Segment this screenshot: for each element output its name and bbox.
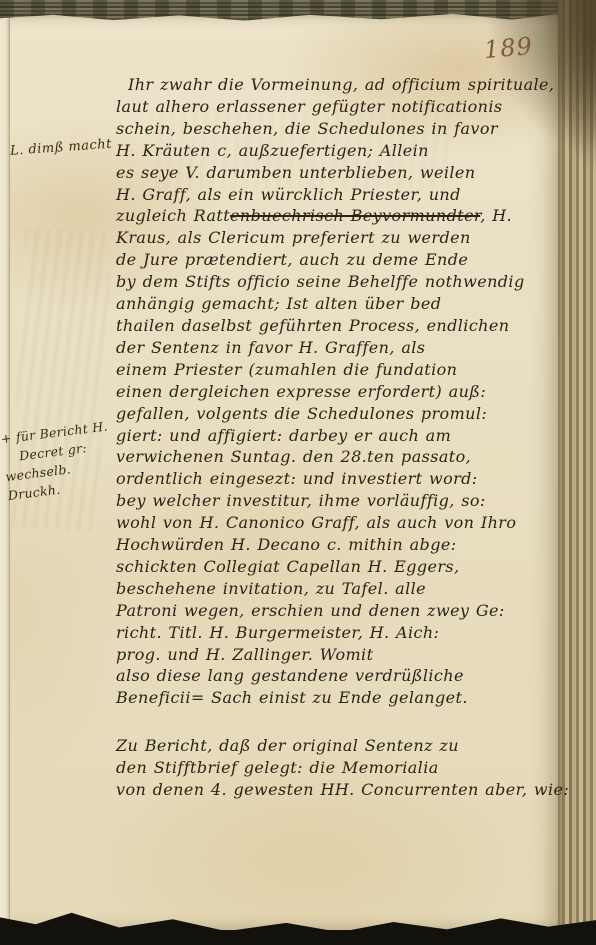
- struck-text: enbuechrisch Beyvormundter: [230, 206, 480, 225]
- manuscript-scan: 189 L. dimß macht + für Bericht H. Decre…: [0, 0, 596, 945]
- manuscript-line: bey welcher investitur, ihme vorläuffig,…: [116, 490, 558, 512]
- manuscript-line: Beneficii= Sach einist zu Ende gelanget.: [116, 687, 558, 709]
- manuscript-line: richt. Titl. H. Burgermeister, H. Aich:: [116, 622, 558, 644]
- manuscript-line: also diese lang gestandene verdrüßliche: [116, 665, 558, 687]
- manuscript-line: einen dergleichen expresse erfordert) au…: [116, 381, 558, 403]
- manuscript-line: einem Priester (zumahlen die fundation: [116, 359, 558, 381]
- manuscript-line: de Jure prætendiert, auch zu deme Ende: [116, 249, 558, 271]
- manuscript-line: von denen 4. gewesten HH. Concurrenten a…: [116, 779, 558, 801]
- manuscript-line: schickten Collegiat Capellan H. Eggers,: [116, 556, 558, 578]
- manuscript-line: Zu Bericht, daß der original Sentenz zu: [116, 735, 558, 757]
- manuscript-line: Ihr zwahr die Vormeinung, ad officium sp…: [116, 74, 558, 96]
- paragraph: Zu Bericht, daß der original Sentenz zud…: [116, 735, 558, 801]
- manuscript-line: verwichenen Suntag. den 28.ten passato,: [116, 446, 558, 468]
- manuscript-line: laut alhero erlassener gefügter notifica…: [116, 96, 558, 118]
- manuscript-line: H. Graff, als ein würcklich Priester, un…: [116, 184, 558, 206]
- manuscript-line: ordentlich eingesezt: und investiert wor…: [116, 468, 558, 490]
- manuscript-line: schein, beschehen, die Schedulones in fa…: [116, 118, 558, 140]
- manuscript-text: Ihr zwahr die Vormeinung, ad officium sp…: [116, 74, 558, 801]
- manuscript-line: Kraus, als Clericum preferiert zu werden: [116, 227, 558, 249]
- manuscript-line: H. Kräuten c, außzuefertigen; Allein: [116, 140, 558, 162]
- paragraph: Ihr zwahr die Vormeinung, ad officium sp…: [116, 74, 558, 709]
- manuscript-line: Hochwürden H. Decano c. mithin abge:: [116, 534, 558, 556]
- manuscript-line: anhängig gemacht; Ist alten über bed: [116, 293, 558, 315]
- manuscript-line: by dem Stifts officio seine Behelffe not…: [116, 271, 558, 293]
- manuscript-line: thailen daselbst geführten Process, endl…: [116, 315, 558, 337]
- manuscript-line: beschehene invitation, zu Tafel. alle: [116, 578, 558, 600]
- manuscript-line: zugleich Rattenbuechrisch Beyvormundter,…: [116, 205, 558, 227]
- manuscript-line: giert: und affigiert: darbey er auch am: [116, 425, 558, 447]
- manuscript-line: es seye V. darumben unterblieben, weilen: [116, 162, 558, 184]
- manuscript-line: prog. und H. Zallinger. Womit: [116, 644, 558, 666]
- manuscript-line: den Stifftbrief gelegt: die Memorialia: [116, 757, 558, 779]
- manuscript-line: der Sentenz in favor H. Graffen, als: [116, 337, 558, 359]
- manuscript-line: wohl von H. Canonico Graff, als auch von…: [116, 512, 558, 534]
- margin-note: + für Bericht H. Decret gr: wechselb. Dr…: [0, 415, 128, 505]
- manuscript-line: gefallen, volgents die Schedulones promu…: [116, 403, 558, 425]
- manuscript-line: Patroni wegen, erschien und denen zwey G…: [116, 600, 558, 622]
- book-fore-edge: [558, 0, 596, 945]
- page-number: 189: [483, 32, 534, 64]
